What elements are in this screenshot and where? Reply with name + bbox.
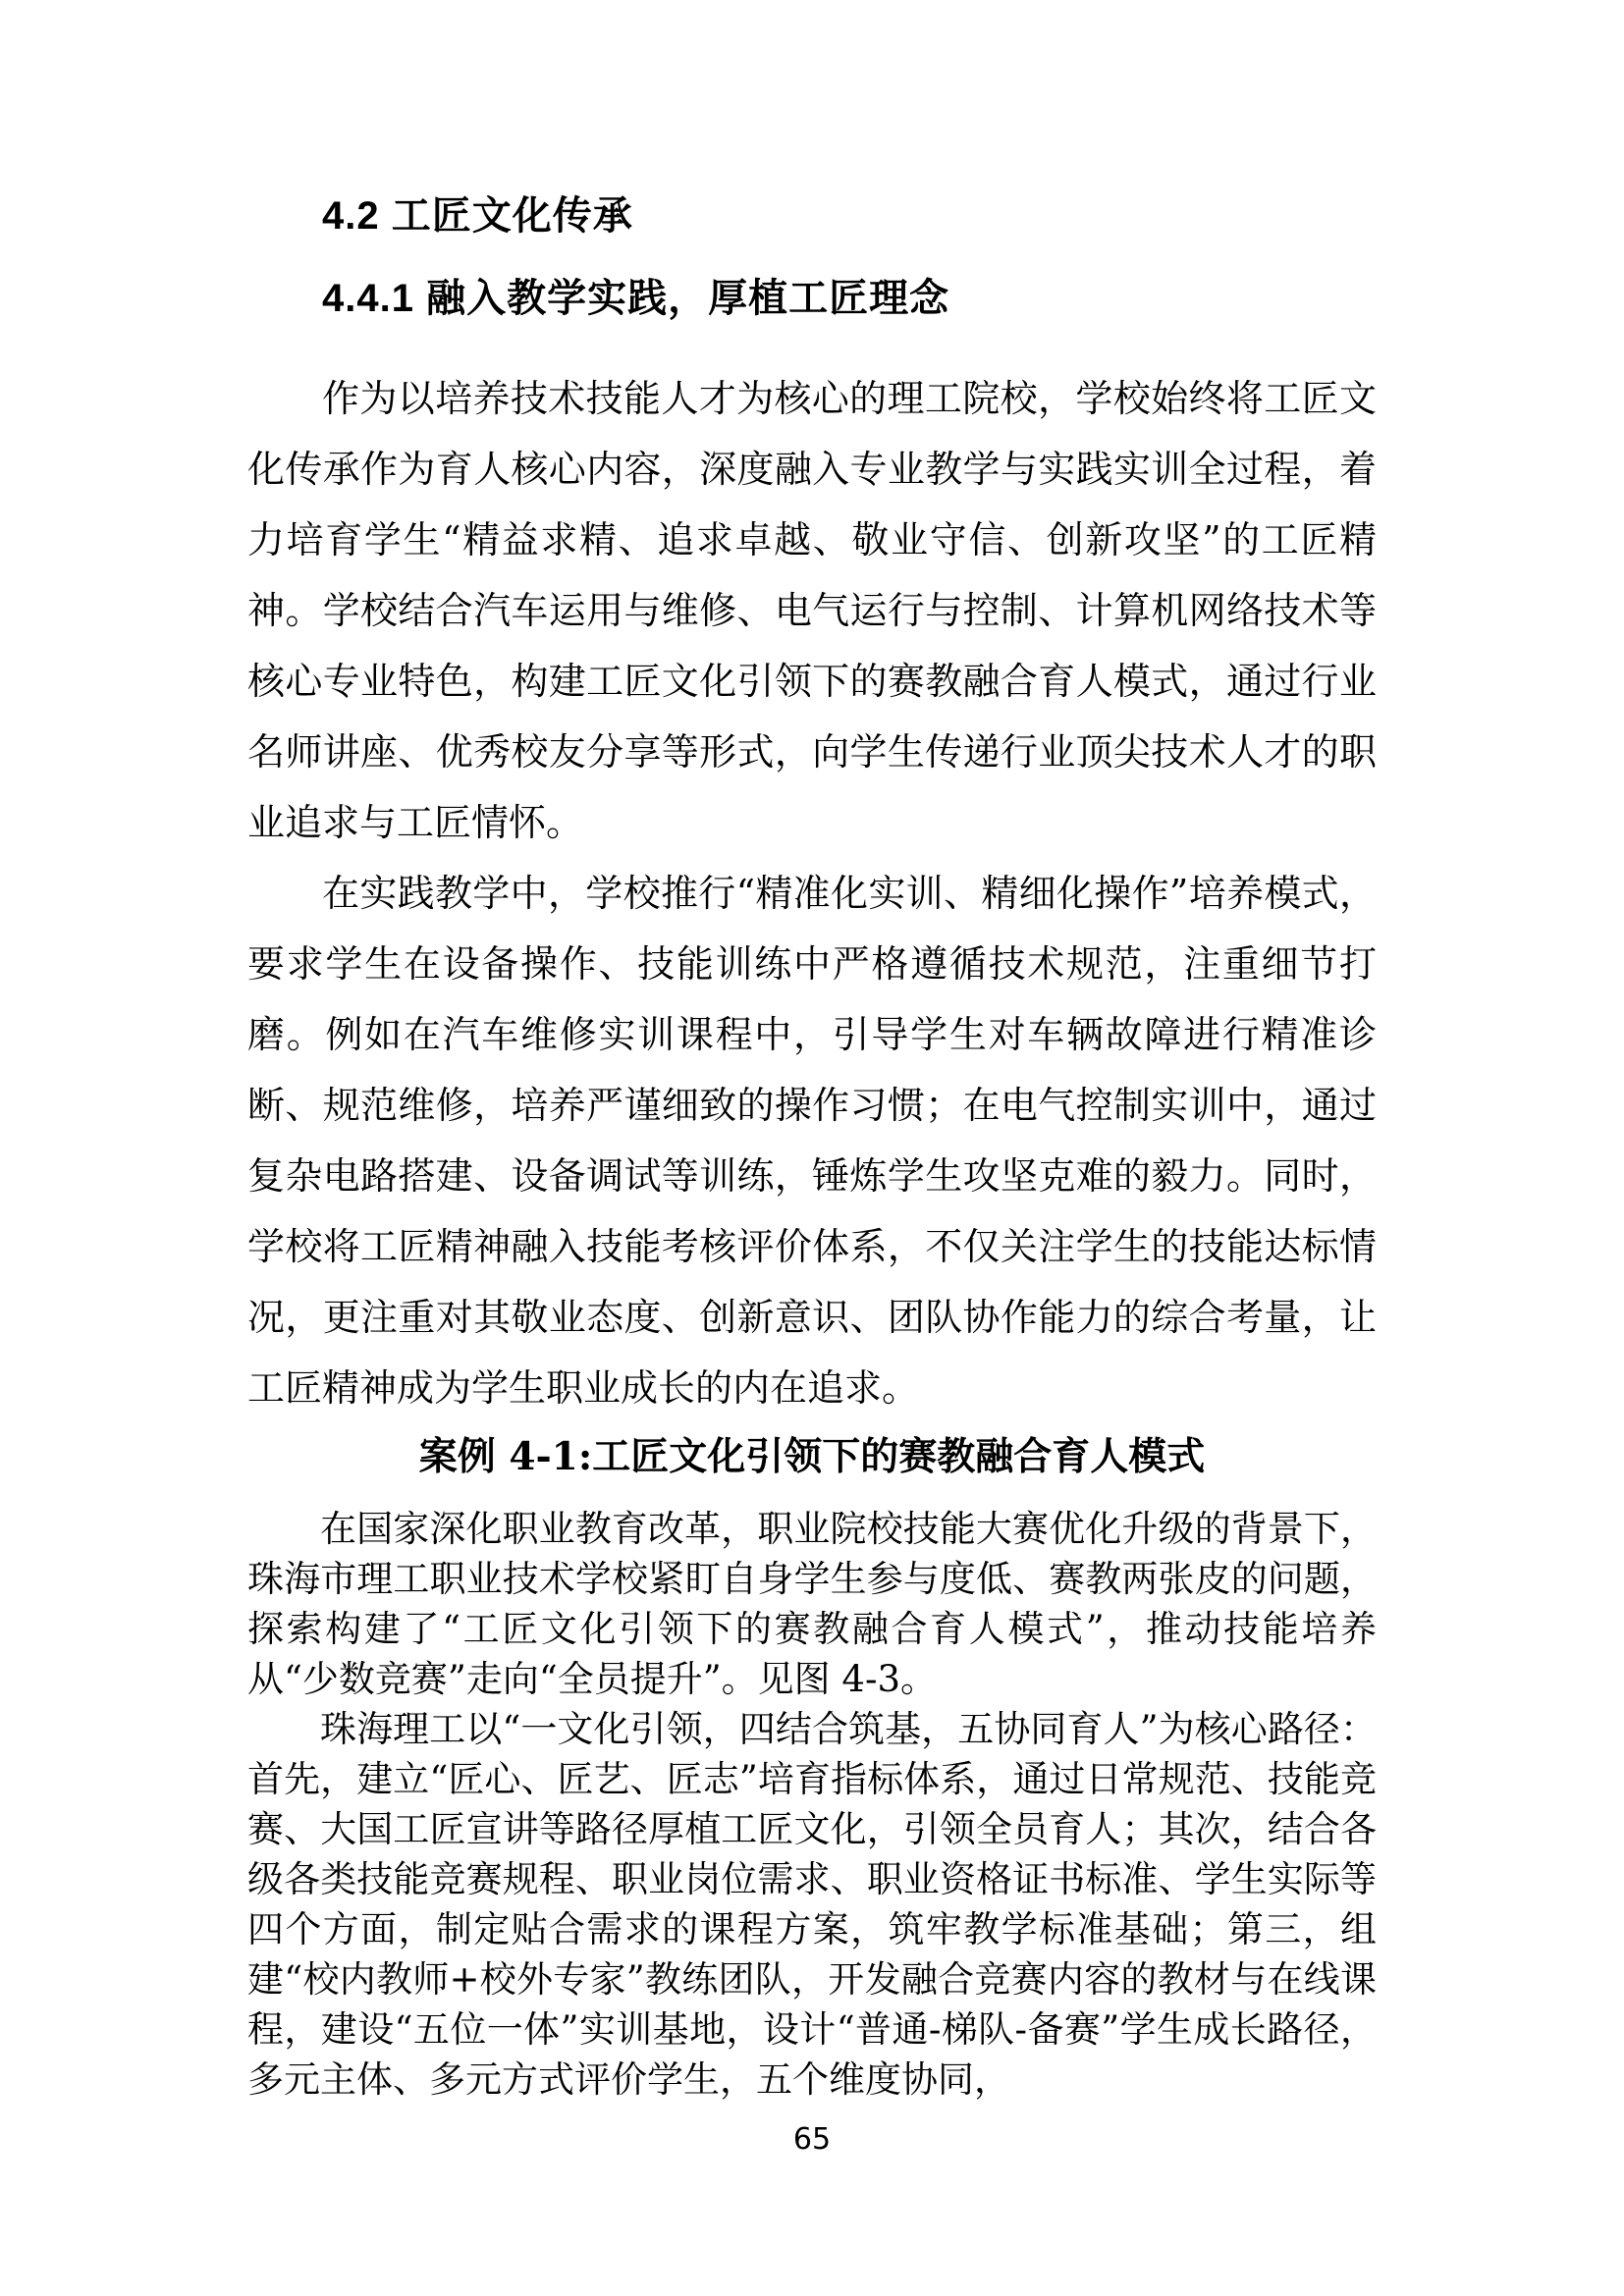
section-heading: 4.2 工匠文化传承 <box>247 192 1377 240</box>
case-study-title: 案例 4-1:工匠文化引领下的赛教融合育人模式 <box>247 1433 1377 1480</box>
body-paragraph-1: 作为以培养技术技能人才为核心的理工院校，学校始终将工匠文化传承作为育人核心内容，… <box>247 363 1377 858</box>
case-study-paragraph-2: 珠海理工以“一文化引领，四结合筑基，五协同育人”为核心路径：首先，建立“匠心、匠… <box>247 1704 1377 2105</box>
page-content: 4.2 工匠文化传承 4.4.1 融入教学实践，厚植工匠理念 作为以培养技术技能… <box>247 192 1377 2105</box>
subsection-heading: 4.4.1 融入教学实践，厚植工匠理念 <box>247 275 1377 322</box>
case-study-paragraph-1: 在国家深化职业教育改革，职业院校技能大赛优化升级的背景下，珠海市理工职业技术学校… <box>247 1504 1377 1704</box>
body-paragraph-2: 在实践教学中，学校推行“精准化实训、精细化操作”培养模式，要求学生在设备操作、技… <box>247 858 1377 1423</box>
page-number: 65 <box>0 2122 1624 2158</box>
document-page: 4.2 工匠文化传承 4.4.1 融入教学实践，厚植工匠理念 作为以培养技术技能… <box>0 0 1624 2296</box>
